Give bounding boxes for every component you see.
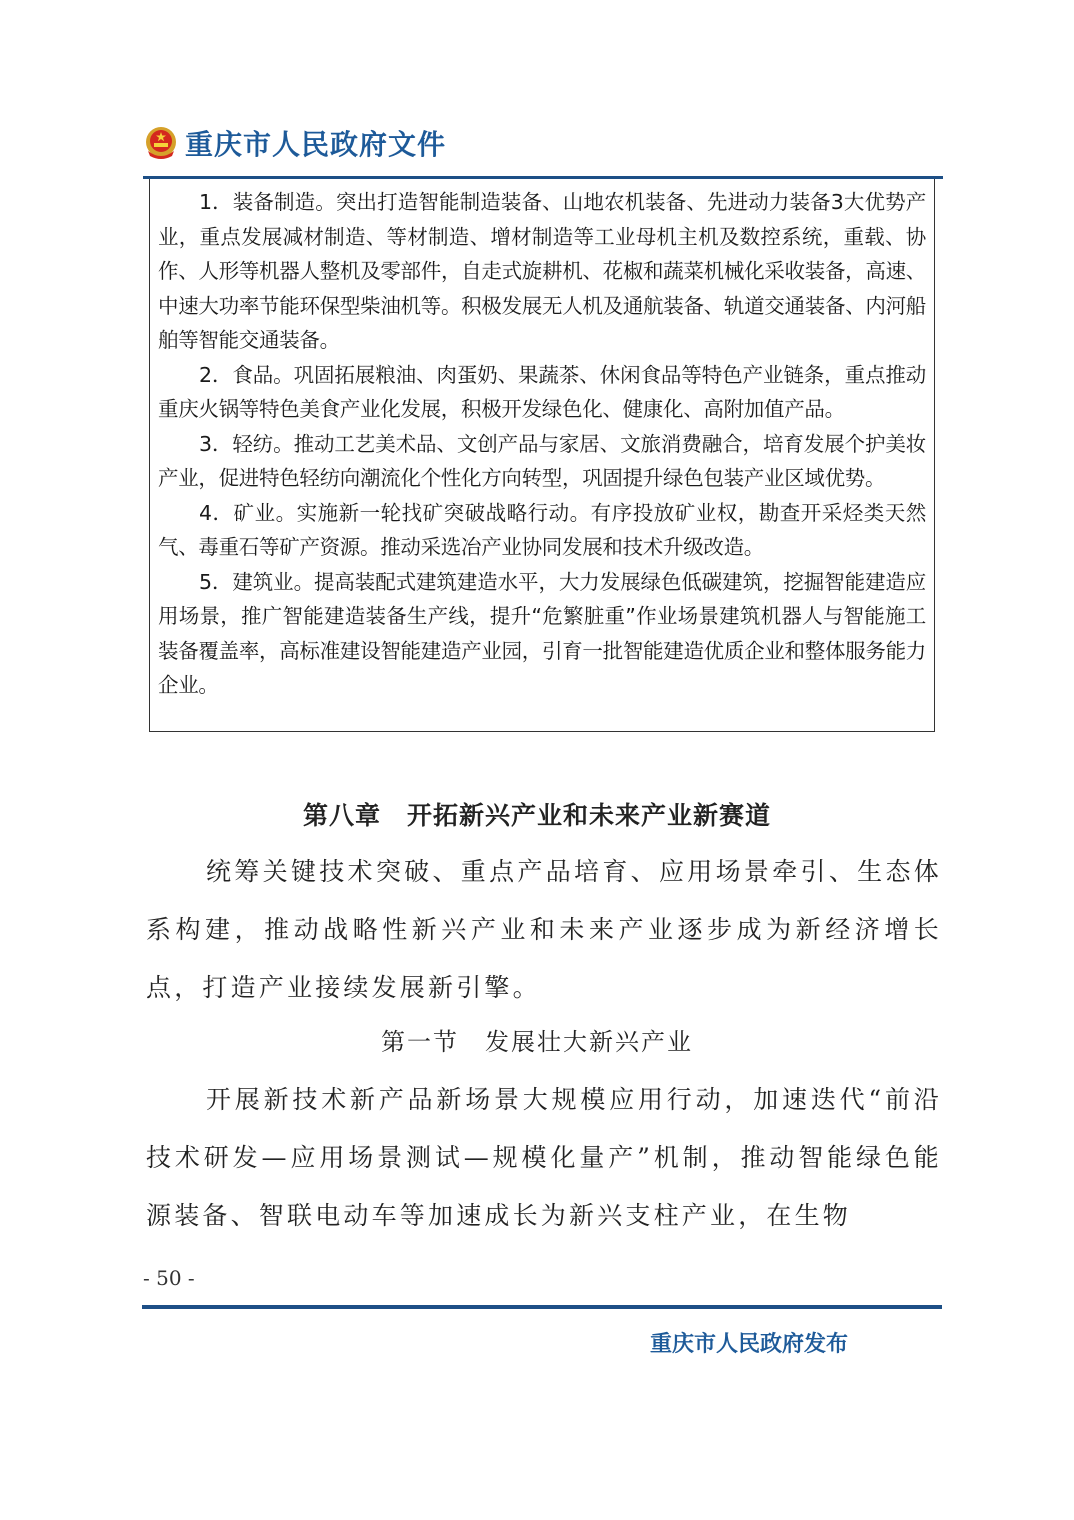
industry-item-mining: 4．矿业。实施新一轮找矿突破战略行动。有序投放矿业权，勘查开采烃类天然气、毒重石… [158,496,926,565]
document-header-title: 重庆市人民政府文件 [185,123,446,163]
national-emblem-icon [143,125,179,161]
footer-divider [142,1305,942,1309]
document-header: 重庆市人民政府文件 [143,118,446,168]
industry-item-equipment: 1．装备制造。突出打造智能制造装备、山地农机装备、先进动力装备3大优势产业，重点… [158,185,926,358]
chapter-intro-paragraph: 统筹关键技术突破、重点产品培育、应用场景牵引、生态体系构建，推动战略性新兴产业和… [146,843,942,1017]
footer-publisher: 重庆市人民政府发布 [650,1327,848,1358]
industry-item-textile: 3．轻纺。推动工艺美术品、文创产品与家居、文旅消费融合，培育发展个护美妆产业，促… [158,427,926,496]
chapter-title: 第八章 开拓新兴产业和未来产业新赛道 [0,796,1074,832]
industry-item-construction: 5．建筑业。提高装配式建筑建造水平，大力发展绿色低碳建筑，挖掘智能建造应用场景，… [158,565,926,703]
section-title: 第一节 发展壮大新兴产业 [0,1022,1074,1057]
page-number: - 50 - [143,1266,195,1290]
section-body-paragraph: 开展新技术新产品新场景大规模应用行动，加速迭代“前沿技术研发—应用场景测试—规模… [146,1071,942,1245]
industry-list-box: 1．装备制造。突出打造智能制造装备、山地农机装备、先进动力装备3大优势产业，重点… [149,179,935,732]
industry-item-food: 2．食品。巩固拓展粮油、肉蛋奶、果蔬茶、休闲食品等特色产业链条，重点推动重庆火锅… [158,358,926,427]
